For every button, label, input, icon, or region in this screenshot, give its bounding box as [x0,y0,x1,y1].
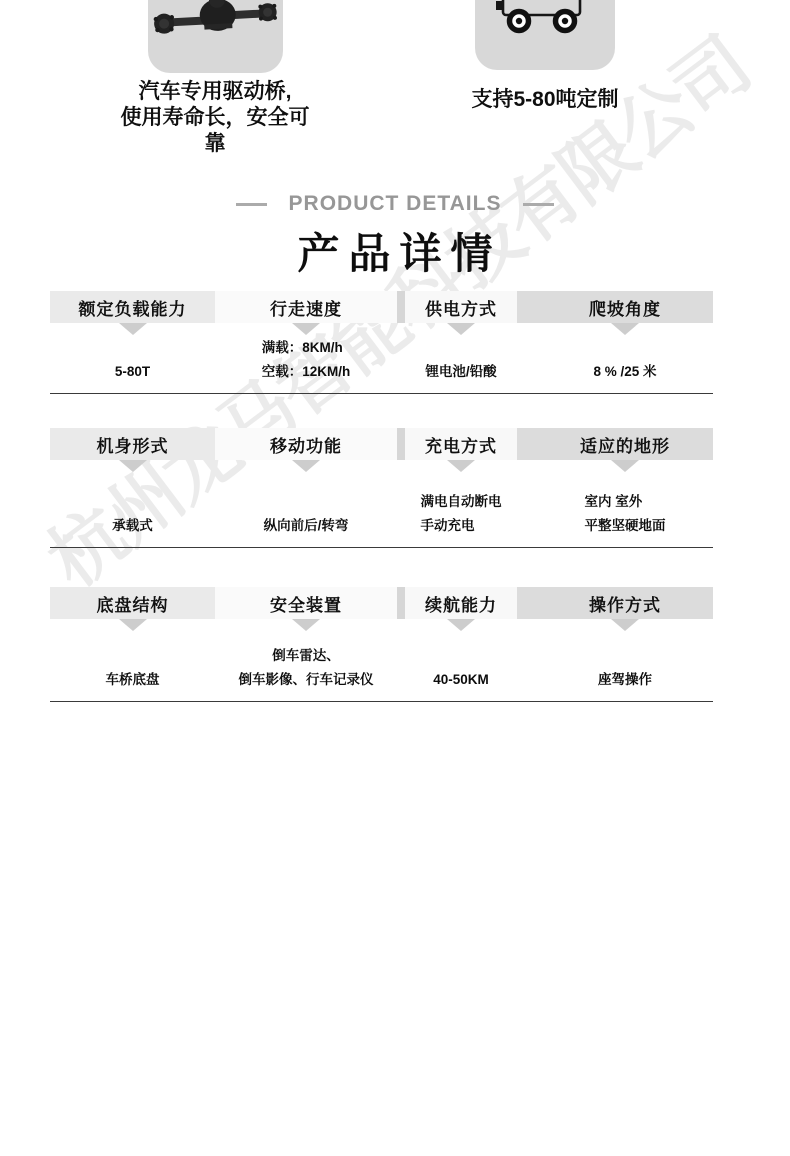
header-movement: 移动功能 [215,428,397,460]
header-travel-speed: 行走速度 [215,291,397,323]
header-safety: 安全装置 [215,587,397,619]
value-lines: 倒车雷达、 倒车影像、行车记录仪 [239,644,374,692]
drive-axle-image-box [148,0,283,73]
value-text: 平整坚硬地面 [585,514,666,538]
header-tail-triangle [611,619,639,631]
header-label: 操作方式 [589,591,661,616]
value-chassis: 车桥底盘 [50,668,215,692]
hero-right: 支持5-80吨定制 [445,0,645,113]
section-title-block: PRODUCT DETAILS 产品详情 [0,192,790,281]
header-label: 机身形式 [97,432,169,457]
value-text: 倒车雷达、 [239,644,374,668]
spec-row-3: 底盘结构 安全装置 续航能力 操作方式 车 [50,587,713,702]
header-gap [397,587,405,619]
value-text: 承载式 [112,514,153,538]
spec-row-2: 机身形式 移动功能 充电方式 适应的地形 [50,428,713,548]
header-tail-triangle [447,619,475,631]
header-gap [397,291,405,323]
value-text: 纵向前后/转弯 [264,514,349,538]
spec-row-3-header: 底盘结构 安全装置 续航能力 操作方式 [50,587,713,619]
value-text: 满电自动断电 [421,490,502,514]
cart-truck-image-box [475,0,615,70]
value-text: 空载：12KM/h [262,360,351,384]
value-text: 倒车影像、行车记录仪 [239,668,374,692]
value-charging: 满电自动断电 手动充电 [405,490,517,538]
value-rated-load: 5-80T [50,360,215,384]
header-label: 续航能力 [425,591,497,616]
value-lines: 满载：8KM/h 空载：12KM/h [262,336,351,384]
header-label: 行走速度 [270,295,342,320]
header-label: 适应的地形 [580,432,670,457]
header-label: 爬坡角度 [589,295,661,320]
header-tail-triangle [292,323,320,335]
header-power-supply: 供电方式 [405,291,517,323]
hero-left-caption-line1: 汽车专用驱动桥, [115,79,315,105]
header-body-form: 机身形式 [50,428,215,460]
hero-right-caption: 支持5-80吨定制 [445,87,645,113]
value-operation: 座驾操作 [517,668,713,692]
value-text: 锂电池/铅酸 [425,360,496,384]
value-safety: 倒车雷达、 倒车影像、行车记录仪 [215,644,397,692]
value-terrain: 室内 室外 平整坚硬地面 [517,490,713,538]
hero-left-caption-line2: 使用寿命长，安全可靠 [115,105,315,157]
value-text: 5-80T [115,360,150,384]
spec-row-2-header: 机身形式 移动功能 充电方式 适应的地形 [50,428,713,460]
value-endurance: 40-50KM [405,668,517,692]
header-tail-triangle [119,460,147,472]
spec-row-3-values: 车桥底盘 倒车雷达、 倒车影像、行车记录仪 40-50KM 座驾操作 [50,619,713,702]
header-climb-angle: 爬坡角度 [517,291,713,323]
spec-row-1-header: 额定负载能力 行走速度 供电方式 爬坡角度 [50,291,713,323]
hero-left-caption: 汽车专用驱动桥, 使用寿命长，安全可靠 [115,79,315,157]
value-lines: 满电自动断电 手动充电 [421,490,502,538]
product-detail-page: 杭州龙马智能科技有限公司 [0,0,790,1156]
header-tail-triangle [447,460,475,472]
header-label: 底盘结构 [97,591,169,616]
header-operation: 操作方式 [517,587,713,619]
value-text: 室内 室外 [585,490,666,514]
spec-row-1: 额定负载能力 行走速度 供电方式 爬坡角度 [50,291,713,394]
section-title-en: PRODUCT DETAILS [289,192,502,216]
value-climb-angle: 8 % /25 米 [517,360,713,384]
value-movement: 纵向前后/转弯 [215,514,397,538]
header-label: 供电方式 [425,295,497,320]
header-tail-triangle [292,460,320,472]
value-text: 车桥底盘 [106,668,160,692]
header-tail-triangle [611,460,639,472]
header-charging: 充电方式 [405,428,517,460]
header-tail-triangle [119,323,147,335]
value-body-form: 承载式 [50,514,215,538]
hero-left: 汽车专用驱动桥, 使用寿命长，安全可靠 [115,0,315,157]
header-terrain: 适应的地形 [517,428,713,460]
section-title-cn: 产品详情 [0,221,790,281]
cart-truck-icon [475,0,615,70]
value-text: 8 % /25 米 [593,360,656,384]
spec-table: 额定负载能力 行走速度 供电方式 爬坡角度 [50,291,713,702]
value-text: 座驾操作 [598,668,652,692]
drive-axle-photo [148,0,283,73]
header-endurance: 续航能力 [405,587,517,619]
title-en-row: PRODUCT DETAILS [0,192,790,216]
header-label: 移动功能 [270,432,342,457]
header-label: 充电方式 [425,432,497,457]
value-power-supply: 锂电池/铅酸 [405,360,517,384]
header-tail-triangle [611,323,639,335]
value-lines: 室内 室外 平整坚硬地面 [585,490,666,538]
header-gap [397,428,405,460]
header-tail-triangle [119,619,147,631]
header-tail-triangle [292,619,320,631]
header-tail-triangle [447,323,475,335]
value-text: 40-50KM [433,668,489,692]
header-chassis: 底盘结构 [50,587,215,619]
spec-row-2-values: 承载式 纵向前后/转弯 满电自动断电 手动充电 室内 室外 平整坚硬地面 [50,460,713,548]
header-rated-load: 额定负载能力 [50,291,215,323]
value-travel-speed: 满载：8KM/h 空载：12KM/h [215,336,397,384]
header-label: 额定负载能力 [79,295,187,320]
title-dash-right [523,203,554,206]
title-dash-left [236,203,267,206]
header-label: 安全装置 [270,591,342,616]
value-text: 手动充电 [421,514,502,538]
value-text: 满载：8KM/h [262,336,351,360]
